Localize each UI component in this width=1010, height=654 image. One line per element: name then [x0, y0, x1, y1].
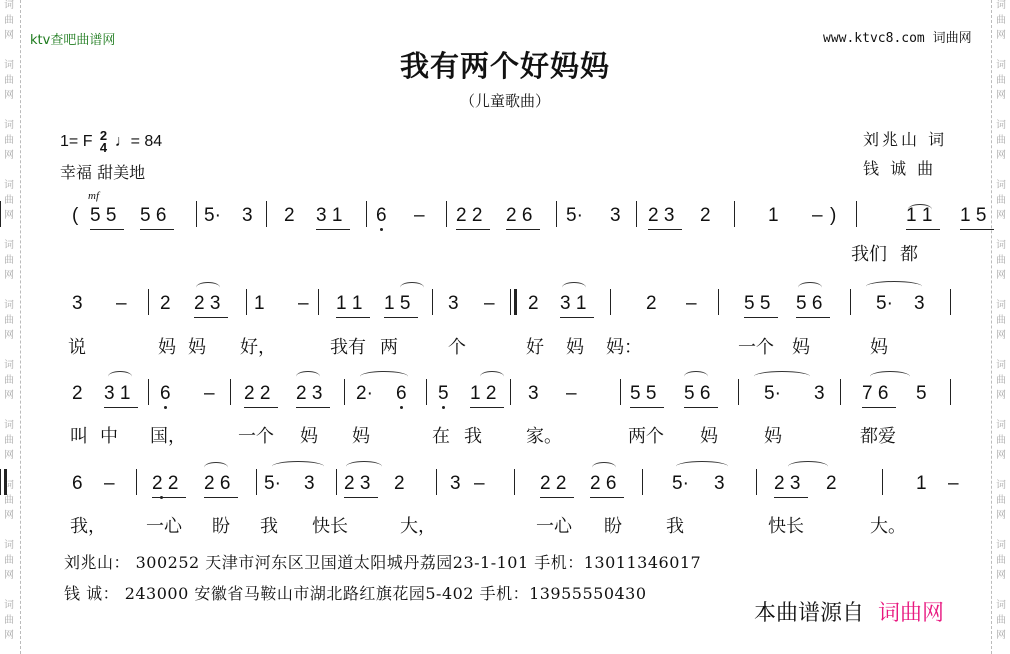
score-note: 2	[284, 205, 295, 227]
lyric: 我	[260, 512, 278, 538]
score-note: 5·	[672, 473, 689, 495]
lyric: 大。	[870, 512, 906, 538]
score-note: 2	[528, 293, 539, 315]
contact-composer: 钱 诚： 243000 安徽省马鞍山市湖北路红旗花园5-402 手机：13955…	[64, 581, 647, 604]
beam-underline	[104, 407, 138, 408]
side-watermark: 词曲网	[2, 538, 16, 583]
lyric: 我	[464, 422, 482, 448]
score-note: 3 1	[560, 293, 586, 315]
contact-name: 钱 诚：	[64, 584, 119, 603]
beam-underline	[590, 497, 624, 498]
source-attribution: 本曲谱源自词曲网	[754, 596, 944, 627]
score-note: 6	[72, 473, 83, 495]
song-title: 我有两个好妈妈	[0, 44, 1010, 85]
score-note: 2 3	[296, 383, 322, 405]
lyric: 盼	[604, 512, 622, 538]
slur	[562, 282, 586, 293]
lyric: 好，	[240, 333, 276, 359]
score-note: 6	[376, 205, 387, 227]
score-note: 2 3	[774, 473, 800, 495]
lyric: 好	[526, 333, 544, 359]
side-watermark: 词曲网	[2, 0, 16, 43]
score-note: –	[686, 293, 697, 315]
score-note: 2 2	[244, 383, 270, 405]
time-sig-bottom: 4	[100, 140, 107, 155]
beam-underline	[648, 229, 682, 230]
barline	[620, 379, 621, 405]
lyric: 在	[432, 422, 450, 448]
side-watermark: 词曲网	[994, 0, 1008, 43]
side-watermark: 词曲网	[994, 598, 1008, 643]
score-note: –	[104, 473, 115, 495]
score-note: 2	[646, 293, 657, 315]
slur	[908, 204, 932, 215]
side-watermark: 词曲网	[994, 538, 1008, 583]
score-note: 5·	[566, 205, 583, 227]
score-note: –	[204, 383, 215, 405]
slur	[204, 462, 228, 473]
slur	[296, 371, 320, 382]
barline	[246, 289, 247, 315]
score-note: 3	[610, 205, 621, 227]
contact-name: 刘兆山：	[64, 553, 130, 572]
beam-underline	[140, 229, 174, 230]
score-note: 1 1	[336, 293, 362, 315]
barline	[950, 379, 951, 405]
slur	[480, 371, 504, 382]
beam-underline	[456, 229, 490, 230]
barline	[256, 469, 257, 495]
barline	[446, 201, 447, 227]
slur	[798, 282, 822, 293]
lyric: 国，	[150, 422, 186, 448]
beam-underline	[296, 407, 330, 408]
barline	[196, 201, 197, 227]
slur	[400, 282, 424, 293]
lyric: 一心	[146, 512, 182, 538]
side-watermark: 词曲网	[2, 178, 16, 223]
score-note: 6	[396, 383, 407, 405]
score-note: 2 3	[344, 473, 370, 495]
lyric: 快长	[768, 512, 804, 538]
slur	[346, 461, 382, 472]
barline	[756, 469, 757, 495]
score-note: –	[948, 473, 959, 495]
score-note: 5·	[264, 473, 281, 495]
score-note: 5 6	[140, 205, 166, 227]
side-watermark: 词曲网	[2, 118, 16, 163]
barline	[950, 289, 951, 315]
lyric: 我们	[851, 240, 887, 266]
key: 1= F	[60, 133, 92, 150]
source-label: 本曲谱源自	[754, 601, 864, 626]
lyric: 盼	[212, 512, 230, 538]
barline	[230, 379, 231, 405]
octave-dot	[380, 228, 383, 231]
score-note: 2 3	[194, 293, 220, 315]
score-note: 3	[528, 383, 539, 405]
score-note: 5 5	[744, 293, 770, 315]
score-note: 5·	[204, 205, 221, 227]
score-note: 1 5	[960, 205, 986, 227]
beam-underline	[906, 229, 940, 230]
beam-underline	[630, 407, 664, 408]
beam-underline	[684, 407, 718, 408]
score-note: 5 5	[630, 383, 656, 405]
dynamic-marking: mf	[88, 190, 99, 202]
lyric: 妈	[352, 422, 370, 448]
beam-underline	[90, 229, 124, 230]
octave-dot	[160, 496, 163, 499]
slur	[754, 371, 810, 382]
octave-dot	[164, 406, 167, 409]
lyric: 一个	[238, 422, 274, 448]
lyricist-credit: 刘兆山 词	[863, 127, 947, 150]
beam-underline	[244, 407, 278, 408]
slur	[272, 461, 324, 472]
score-note: 3	[242, 205, 253, 227]
slur	[870, 371, 910, 382]
lyric: 快长	[312, 512, 348, 538]
lyric: 妈	[300, 422, 318, 448]
side-watermark: 词曲网	[2, 238, 16, 283]
score-note: )	[830, 205, 836, 227]
score-note: 3	[814, 383, 825, 405]
score-note: 5	[438, 383, 449, 405]
score-note: (	[72, 205, 78, 227]
beam-underline	[470, 407, 504, 408]
score-note: 2	[700, 205, 711, 227]
lyric: 家。	[526, 422, 562, 448]
score-note: 3	[304, 473, 315, 495]
lyric: 妈	[870, 333, 888, 359]
lyric: 两	[380, 333, 398, 359]
score-note: 2·	[356, 383, 373, 405]
barline	[738, 379, 739, 405]
side-watermark: 词曲网	[994, 298, 1008, 343]
barline	[344, 379, 345, 405]
song-subtitle: （儿童歌曲）	[0, 90, 1010, 111]
lyric: 我，	[70, 512, 106, 538]
score-note: 5·	[764, 383, 781, 405]
side-watermark: 词曲网	[2, 598, 16, 643]
barline	[432, 289, 433, 315]
score-note: 5 6	[796, 293, 822, 315]
slur	[360, 371, 408, 382]
barline	[426, 379, 427, 405]
beam-underline	[774, 497, 808, 498]
barline	[136, 469, 137, 495]
beam-underline	[960, 229, 994, 230]
side-watermark: 词曲网	[994, 238, 1008, 283]
score-note: 2 2	[152, 473, 178, 495]
beam-underline	[344, 497, 378, 498]
side-watermark: 词曲网	[2, 418, 16, 463]
barline	[734, 201, 735, 227]
lyric: 大，	[400, 512, 436, 538]
slur	[108, 371, 132, 382]
time-signature: 2 4	[100, 130, 107, 154]
score-note: 1 5	[384, 293, 410, 315]
lyric: 一个	[738, 333, 774, 359]
beam-underline	[204, 497, 238, 498]
octave-dot	[442, 406, 445, 409]
lyric: 我有	[330, 333, 366, 359]
slur	[676, 461, 728, 472]
beam-underline	[194, 317, 228, 318]
score-note: –	[298, 293, 309, 315]
beam-underline	[336, 317, 370, 318]
beam-underline	[384, 317, 418, 318]
beam-underline	[560, 317, 594, 318]
score-note: 2 6	[590, 473, 616, 495]
beam-underline	[796, 317, 830, 318]
lyric: 都	[900, 240, 918, 266]
source-site-link[interactable]: 词曲网	[878, 601, 944, 626]
side-watermark: 词曲网	[994, 418, 1008, 463]
beam-underline	[316, 229, 350, 230]
side-watermark: 词曲网	[2, 298, 16, 343]
score-note: 6	[160, 383, 171, 405]
score-note: 3	[72, 293, 83, 315]
beam-underline	[540, 497, 574, 498]
double-barline	[0, 469, 7, 495]
lyric: 两个	[628, 422, 664, 448]
barline	[266, 201, 267, 227]
score-note: 3	[914, 293, 925, 315]
score-note: 3	[714, 473, 725, 495]
score-note: 3 1	[104, 383, 130, 405]
lyric: 中	[100, 422, 118, 448]
score-note: –	[414, 205, 425, 227]
barline	[148, 289, 149, 315]
lyric: 个	[448, 333, 466, 359]
contact-info: 243000 安徽省马鞍山市湖北路红旗花园5-402 手机：1395555043…	[125, 584, 647, 603]
key-signature: 1= F 2 4 ♩= 84	[60, 130, 162, 154]
lyric: 说	[68, 333, 86, 359]
score-note: 1 2	[470, 383, 496, 405]
lyric: 妈	[792, 333, 810, 359]
mood-marking: 幸福 甜美地	[60, 160, 145, 183]
lyric: 妈	[188, 333, 206, 359]
score-note: 2 6	[204, 473, 230, 495]
slur	[866, 281, 922, 292]
barline	[510, 379, 511, 405]
barline	[556, 201, 557, 227]
score-note: 2	[826, 473, 837, 495]
barline	[856, 201, 857, 227]
composer-credit: 钱 诚 曲	[863, 156, 936, 179]
barline	[514, 469, 515, 495]
lyric: 一心	[536, 512, 572, 538]
score-note: 2 3	[648, 205, 674, 227]
contact-lyricist: 刘兆山： 300252 天津市河东区卫国道太阳城丹荔园23-1-101 手机：1…	[64, 550, 701, 573]
slur	[592, 462, 616, 473]
score-note: 2	[160, 293, 171, 315]
score-note: 3	[450, 473, 461, 495]
slur	[684, 371, 708, 382]
side-watermark: 词曲网	[994, 118, 1008, 163]
side-watermark: 词曲网	[994, 178, 1008, 223]
barline	[318, 289, 319, 315]
barline	[636, 201, 637, 227]
lyric: 都爱	[860, 422, 896, 448]
score-note: 5 6	[684, 383, 710, 405]
barline	[850, 289, 851, 315]
octave-dot	[400, 406, 403, 409]
contact-info: 300252 天津市河东区卫国道太阳城丹荔园23-1-101 手机：130113…	[136, 553, 702, 572]
score-note: 2 6	[506, 205, 532, 227]
barline	[610, 289, 611, 315]
score-note: –	[484, 293, 495, 315]
score-note: 1	[254, 293, 265, 315]
score-note: 2 2	[456, 205, 482, 227]
tempo: ♩= 84	[115, 133, 163, 150]
score-note: 5·	[876, 293, 893, 315]
slur	[788, 461, 828, 472]
score-note: –	[566, 383, 577, 405]
barline	[0, 201, 1, 227]
score-note: 5 5	[90, 205, 116, 227]
beam-underline	[152, 497, 186, 498]
beam-underline	[744, 317, 778, 318]
lyric: 妈	[700, 422, 718, 448]
barline	[840, 379, 841, 405]
score-note: 2	[72, 383, 83, 405]
slur	[196, 282, 220, 293]
side-watermark: 词曲网	[994, 358, 1008, 403]
score-note: 5	[916, 383, 927, 405]
score-note: –	[812, 205, 823, 227]
score-note: 3 1	[316, 205, 342, 227]
barline	[366, 201, 367, 227]
score-note: 1	[916, 473, 927, 495]
barline	[718, 289, 719, 315]
barline	[148, 379, 149, 405]
score-note: 3	[448, 293, 459, 315]
lyric: 妈	[158, 333, 176, 359]
barline	[336, 469, 337, 495]
side-watermark: 词曲网	[994, 478, 1008, 523]
score-note: –	[474, 473, 485, 495]
score-note: 7 6	[862, 383, 888, 405]
barline	[642, 469, 643, 495]
beam-underline	[506, 229, 540, 230]
beam-underline	[862, 407, 896, 408]
score-note: 2 2	[540, 473, 566, 495]
lyric: 妈	[566, 333, 584, 359]
score-note: 1	[768, 205, 779, 227]
score-note: 2	[394, 473, 405, 495]
lyric: 我	[666, 512, 684, 538]
lyric: 妈	[764, 422, 782, 448]
lyric: 妈：	[606, 333, 642, 359]
lyric: 叫	[70, 422, 88, 448]
side-watermark: 词曲网	[2, 358, 16, 403]
barline	[436, 469, 437, 495]
barline	[882, 469, 883, 495]
double-barline	[510, 289, 517, 315]
score-note: –	[116, 293, 127, 315]
